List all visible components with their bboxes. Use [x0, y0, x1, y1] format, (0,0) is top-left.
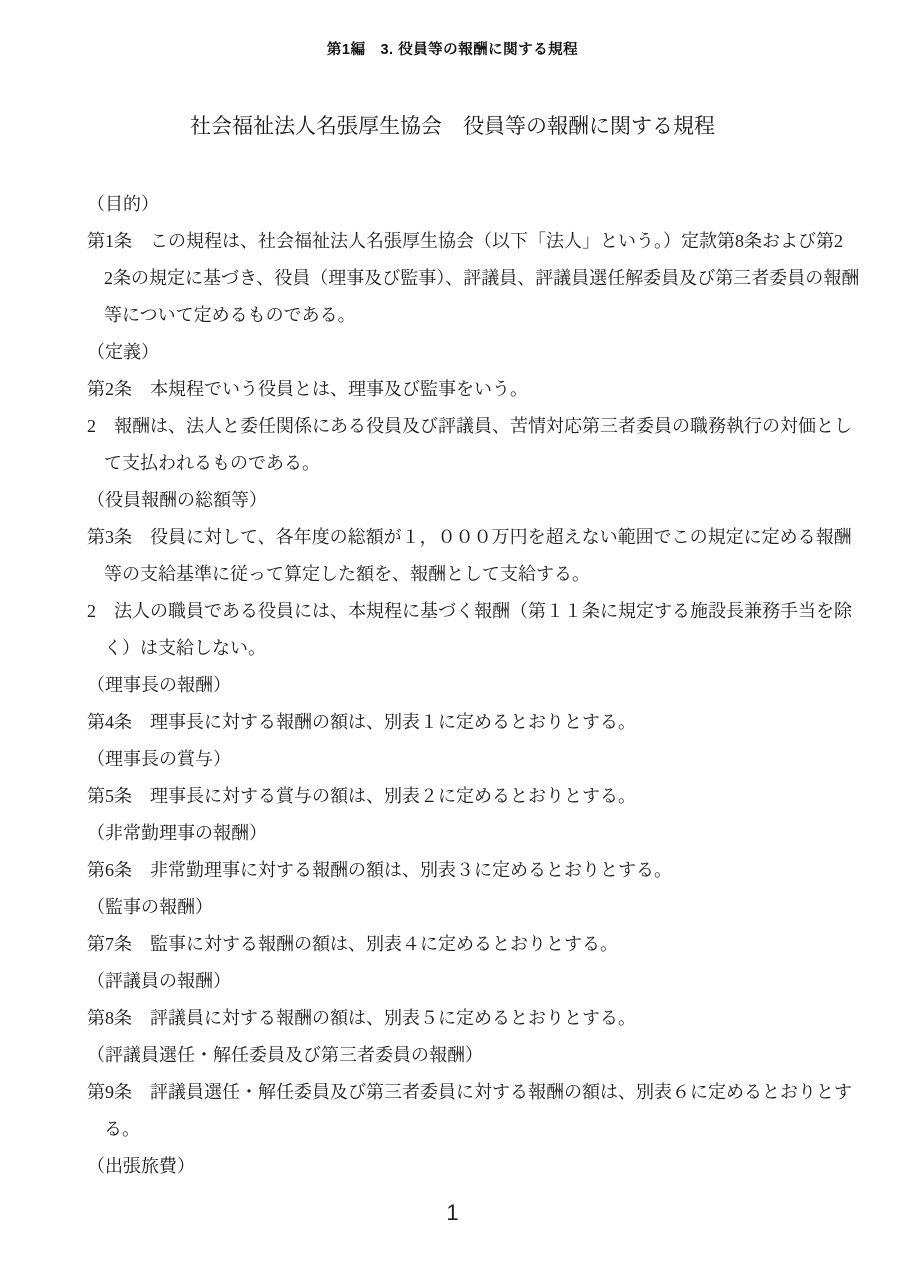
page-header: 第1編 3. 役員等の報酬に関する規程	[0, 38, 905, 59]
document-page: 第1編 3. 役員等の報酬に関する規程 社会福祉法人名張厚生協会 役員等の報酬に…	[0, 0, 905, 1280]
article-line: 第2条 本規程でいう役員とは、理事及び監事をいう。	[87, 371, 845, 408]
section-heading: （監事の報酬）	[87, 889, 845, 926]
paragraph-item-line: 2 法人の職員である役員には、本規程に基づく報酬（第１１条に規定する施設長兼務手…	[87, 593, 845, 630]
continuation-line: 2条の規定に基づき、役員（理事及び監事）、評議員、評議員選任解委員及び第三者委員…	[87, 260, 845, 297]
continuation-line: 等の支給基準に従って算定した額を、報酬として支給する。	[87, 556, 845, 593]
section-heading: （評議員の報酬）	[87, 963, 845, 1000]
section-heading: （理事長の報酬）	[87, 667, 845, 704]
document-body: （目的）第1条 この規程は、社会福祉法人名張厚生協会（以下「法人」という。）定款…	[87, 186, 845, 1185]
paragraph-item-line: 2 報酬は、法人と委任関係にある役員及び評議員、苦情対応第三者委員の職務執行の対…	[87, 408, 845, 445]
continuation-line: 等について定めるものである。	[87, 297, 845, 334]
section-heading: （役員報酬の総額等）	[87, 482, 845, 519]
article-line: 第9条 評議員選任・解任委員及び第三者委員に対する報酬の額は、別表６に定めるとお…	[87, 1074, 845, 1111]
continuation-line: る。	[87, 1111, 845, 1148]
article-line: 第5条 理事長に対する賞与の額は、別表２に定めるとおりとする。	[87, 778, 845, 815]
section-heading: （評議員選任・解任委員及び第三者委員の報酬）	[87, 1037, 845, 1074]
section-heading: （非常勤理事の報酬）	[87, 815, 845, 852]
document-title: 社会福祉法人名張厚生協会 役員等の報酬に関する規程	[0, 110, 905, 140]
section-heading: （定義）	[87, 334, 845, 371]
article-line: 第6条 非常勤理事に対する報酬の額は、別表３に定めるとおりとする。	[87, 852, 845, 889]
article-line: 第1条 この規程は、社会福祉法人名張厚生協会（以下「法人」という。）定款第8条お…	[87, 223, 845, 260]
continuation-line: く）は支給しない。	[87, 630, 845, 667]
section-heading: （理事長の賞与）	[87, 741, 845, 778]
section-heading: （出張旅費）	[87, 1148, 845, 1185]
article-line: 第8条 評議員に対する報酬の額は、別表５に定めるとおりとする。	[87, 1000, 845, 1037]
section-heading: （目的）	[87, 186, 845, 223]
article-line: 第4条 理事長に対する報酬の額は、別表１に定めるとおりとする。	[87, 704, 845, 741]
article-line: 第7条 監事に対する報酬の額は、別表４に定めるとおりとする。	[87, 926, 845, 963]
article-line: 第3条 役員に対して、各年度の総額が１，０００万円を超えない範囲でこの規定に定め…	[87, 519, 845, 556]
continuation-line: て支払われるものである。	[87, 445, 845, 482]
page-number: 1	[0, 1200, 905, 1226]
